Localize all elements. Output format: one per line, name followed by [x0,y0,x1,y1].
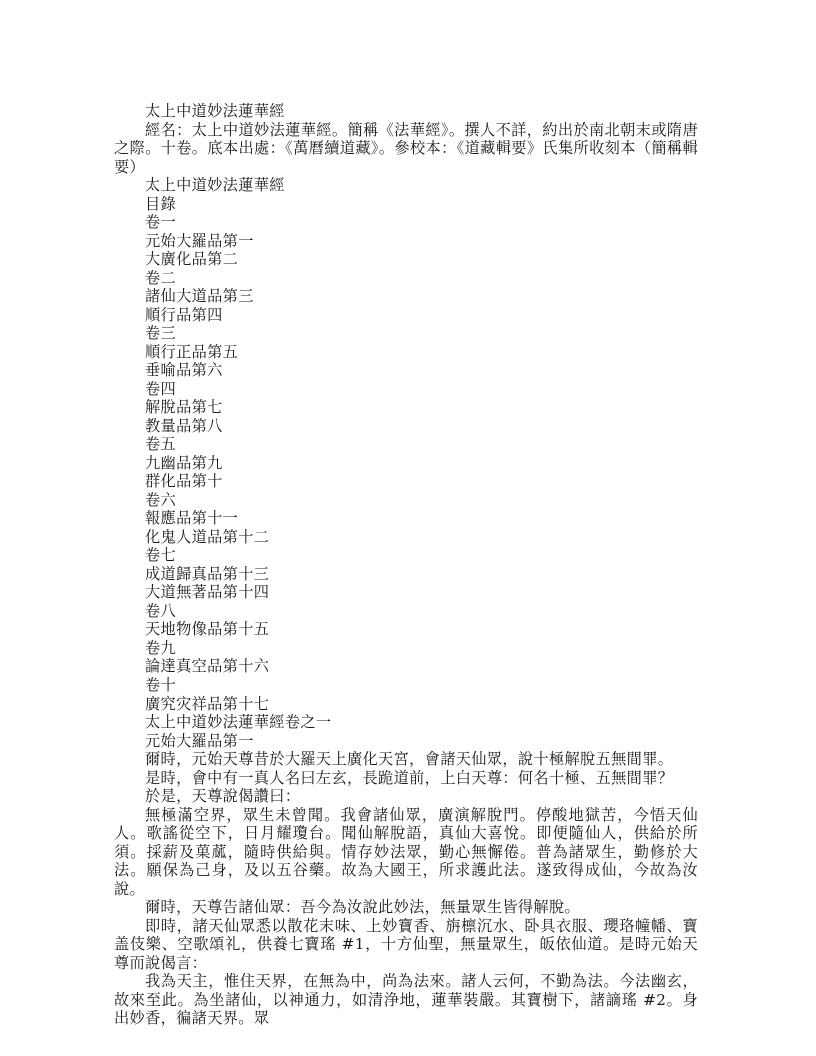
toc-item: 群化品第十 [114,472,698,491]
toc-item: 元始大羅品第一 [114,232,698,251]
toc-item: 卷七 [114,546,698,565]
body-paragraph: 是時，會中有一真人名曰左玄，長跪道前，上白天尊：何名十極、五無間罪？ [114,769,698,788]
toc-item: 廣究灾祥品第十七 [114,695,698,714]
body-paragraph: 即時，諸天仙眾悉以散花末味、上妙寶香、旃檩沉水、卧具衣服、瓔珞幢幡、寶盖伎樂、空… [114,917,698,973]
toc-item: 卷十 [114,676,698,695]
toc-item: 卷九 [114,639,698,658]
toc-item: 教量品第八 [114,417,698,436]
toc-item: 垂喻品第六 [114,361,698,380]
body-paragraph: 爾時，元始天尊昔於大羅天上廣化天宮，會諸天仙眾，說十極解脫五無間罪。 [114,750,698,769]
table-of-contents: 卷一 元始大羅品第一 大廣化品第二 卷二 諸仙大道品第三 順行品第四 卷三 順行… [114,213,698,713]
toc-item: 諸仙大道品第三 [114,287,698,306]
body-paragraph: 爾時，天尊告諸仙眾：吾今為汝說此妙法，無量眾生皆得解脫。 [114,898,698,917]
toc-item: 大道無著品第十四 [114,583,698,602]
toc-item: 成道歸真品第十三 [114,565,698,584]
toc-item: 九幽品第九 [114,454,698,473]
document-page: 太上中道妙法蓮華經 經名：太上中道妙法蓮華經。簡稱《法華經》。撰人不詳，約出於南… [114,102,698,1028]
toc-item: 卷四 [114,380,698,399]
toc-item: 解脫品第七 [114,398,698,417]
body-paragraph: 於是，天尊說偈讚曰： [114,787,698,806]
toc-item: 報應品第十一 [114,509,698,528]
toc-item: 化鬼人道品第十二 [114,528,698,547]
toc-item: 卷一 [114,213,698,232]
toc-item: 卷三 [114,324,698,343]
verse-paragraph: 我為天主，惟住天界，在無為中，尚為法來。諸人云何，不勤為法。今法幽玄，故來至此。… [114,972,698,1028]
document-title: 太上中道妙法蓮華經 [114,102,698,121]
toc-item: 順行品第四 [114,306,698,325]
document-title-repeat: 太上中道妙法蓮華經 [114,176,698,195]
toc-item: 論達真空品第十六 [114,657,698,676]
volume-heading: 太上中道妙法蓮華經卷之一 [114,713,698,732]
verse-paragraph: 無極滿空界，眾生未曾聞。我會諸仙眾，廣演解脫門。停酸地獄苦，今悟天仙人。歌謠從空… [114,806,698,899]
toc-item: 卷六 [114,491,698,510]
toc-item: 大廣化品第二 [114,250,698,269]
toc-heading: 目錄 [114,195,698,214]
toc-item: 天地物像品第十五 [114,620,698,639]
chapter-heading: 元始大羅品第一 [114,732,698,751]
intro-paragraph: 經名：太上中道妙法蓮華經。簡稱《法華經》。撰人不詳，約出於南北朝末或隋唐之際。十… [114,121,698,177]
toc-item: 卷二 [114,269,698,288]
toc-item: 順行正品第五 [114,343,698,362]
toc-item: 卷八 [114,602,698,621]
toc-item: 卷五 [114,435,698,454]
